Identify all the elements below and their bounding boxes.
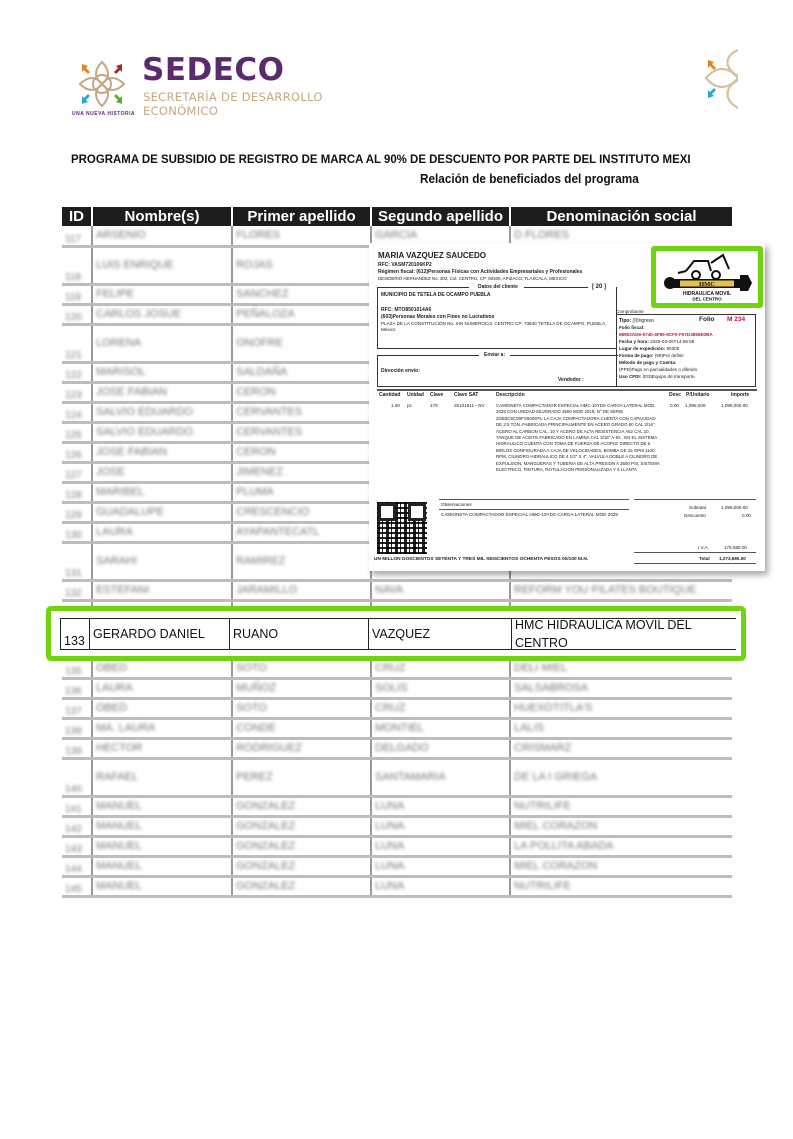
issuer-rfc-value: VASM720106KP2 — [391, 262, 432, 268]
row-nombre: FELIPE — [92, 284, 232, 304]
brand-name: SEDECO — [142, 52, 285, 88]
row-primer-apellido: MUÑOZ — [232, 678, 371, 698]
client-rfc-label: RFC: — [381, 307, 393, 313]
row-primer-apellido: RAMIREZ — [232, 542, 371, 580]
row-primer-apellido: JIMENEZ — [232, 462, 371, 482]
column-header-segundo-apellido: Segundo apellido — [371, 207, 510, 226]
row-id: 129 — [62, 502, 92, 522]
table-row: 140RAFAELPEREZSANTAMARIADE LA I GRIEGA — [62, 758, 732, 796]
client-name: MUNICIPIO DE TETELA DE OCAMPO PUEBLA — [381, 292, 491, 298]
invoice-issuer-regimen: Régimen fiscal: (612)Personas Físicas co… — [378, 269, 582, 275]
row-nombre: GUADALUPE — [92, 502, 232, 522]
row-primer-apellido: ONOFRE — [232, 324, 371, 362]
row-segundo-apellido: LUNA — [371, 876, 510, 896]
table-row: 136LAURAMUÑOZSOLISSALSABROSA — [62, 678, 732, 698]
row-id: 128 — [62, 482, 92, 502]
table-row: 141MANUELGONZALEZLUNANUTRILIFE — [62, 796, 732, 816]
row-nombre: MA. LAURA — [92, 718, 232, 738]
row-id: 131 — [62, 542, 92, 580]
row-primer-apellido: SALDAÑA — [232, 362, 371, 382]
table-row: 132ESTEFANIJARAMILLONAVAREFORM YOU PILAT… — [62, 580, 732, 600]
row-nombre: MARISOL — [92, 362, 232, 382]
tipo-value: (I)Ingreso — [633, 318, 654, 324]
table-row: 133 GERARDO DANIEL RUANO VAZQUEZ HMC HID… — [60, 618, 736, 650]
row-primer-apellido: CERVANTES — [232, 422, 371, 442]
table-row: 142MANUELGONZALEZLUNAMIEL CORAZON — [62, 816, 732, 836]
column-header-id: ID — [62, 207, 92, 226]
subtotal-label: Subtotal — [689, 505, 706, 510]
row-nombre: SARAHI — [92, 542, 232, 580]
forma-pago-line: Forma de pago: (99)Por definir — [619, 353, 684, 358]
row-id: 144 — [62, 856, 92, 876]
row-id: 140 — [62, 758, 92, 796]
row-denominacion-social: MIEL CORAZON — [510, 856, 732, 876]
row-nombre: GERARDO DANIEL — [90, 619, 230, 649]
row-primer-apellido: RODRIGUEZ — [232, 738, 371, 758]
table-row: 145MANUELGONZALEZLUNANUTRILIFE — [62, 876, 732, 896]
row-nombre: ESTEFANI — [92, 580, 232, 600]
items-header-desc: Desc — [669, 392, 681, 398]
client-number: [ 20 ] — [592, 284, 606, 290]
row-segundo-apellido: CRUZ — [371, 698, 510, 718]
column-header-denominacion-social: Denominación social — [510, 207, 732, 226]
document-subtitle: Relación de beneficiados del programa — [420, 172, 639, 186]
row-id: 145 — [62, 876, 92, 896]
ship-to-box: Enviar a: Dirección envío: Vendedor : — [377, 355, 617, 387]
iva-value: 175,680.00 — [724, 545, 747, 550]
row-primer-apellido: SOTO — [232, 658, 371, 678]
row-nombre: ARSENIO — [92, 226, 232, 246]
client-data-box: Datos del cliente [ 20 ] MUNICIPIO DE TE… — [377, 287, 617, 349]
client-rfc: RFC: MTO8501014A6 — [381, 307, 431, 313]
items-header-clave: Clave — [430, 392, 443, 398]
item-clave: 179 — [430, 403, 438, 408]
row-denominacion-social: HUEXOTITLA'S — [510, 698, 732, 718]
row-segundo-apellido: LUNA — [371, 856, 510, 876]
row-id: 124 — [62, 402, 92, 422]
highlighted-beneficiary-row: 133 GERARDO DANIEL RUANO VAZQUEZ HMC HID… — [46, 606, 746, 661]
row-segundo-apellido: LUNA — [371, 816, 510, 836]
row-primer-apellido: JARAMILLO — [232, 580, 371, 600]
client-regimen: (603)Personas Morales con Fines no Lucra… — [381, 314, 494, 320]
row-denominacion-social: LA POLLITA ABADA — [510, 836, 732, 856]
fecha-line: Fecha y hora: 2025-03-05T14:56:58 — [619, 339, 694, 344]
row-id: 125 — [62, 422, 92, 442]
row-denominacion-social: DELI MIEL — [510, 658, 732, 678]
table-header-row: ID Nombre(s) Primer apellido Segundo ape… — [62, 207, 732, 226]
items-header-importe: Importe — [731, 392, 749, 398]
descuento-value: 0.00 — [742, 513, 751, 518]
uso-value: (I03)Equipo de transporte. — [642, 374, 695, 379]
fecha-label: Fecha y hora: — [619, 339, 649, 344]
issuer-rfc-label: RFC: — [378, 262, 390, 268]
row-nombre: LAURA — [92, 522, 232, 542]
item-importe: 1,098,000.00 — [721, 403, 748, 408]
table-row: 138MA. LAURACONDEMONTIELLALIS — [62, 718, 732, 738]
row-segundo-apellido: MONTIEL — [371, 718, 510, 738]
invoice-issuer-rfc: RFC: VASM720106KP2 — [378, 262, 432, 268]
items-header-descripcion: Descripción — [496, 392, 525, 398]
row-nombre: RAFAEL — [92, 758, 232, 796]
item-cantidad: 1.00 — [391, 403, 400, 408]
row-primer-apellido: PEREZ — [232, 758, 371, 796]
row-nombre: LAURA — [92, 678, 232, 698]
row-id: 130 — [62, 522, 92, 542]
row-denominacion-social: NUTRILIFE — [510, 876, 732, 896]
row-denominacion-social: NUTRILIFE — [510, 796, 732, 816]
table-row: 137OBEDSOTOCRUZHUEXOTITLA'S — [62, 698, 732, 718]
client-address: PLAZA DE LA CONSTITUCION No. SIN NUMEROC… — [381, 321, 615, 333]
row-id: 136 — [62, 678, 92, 698]
table-row: 144MANUELGONZALEZLUNAMIEL CORAZON — [62, 856, 732, 876]
row-id: 119 — [62, 284, 92, 304]
row-primer-apellido: PEÑALOZA — [232, 304, 371, 324]
row-nombre: MANUEL — [92, 836, 232, 856]
item-clave-sat: 25101611 - NV — [454, 403, 485, 408]
row-id: 118 — [62, 246, 92, 284]
total-value: 1,273,680.00 — [719, 556, 746, 561]
forma-pago-value: (99)Por definir — [655, 353, 684, 358]
row-id: 132 — [62, 580, 92, 600]
row-primer-apellido: SANCHEZ — [232, 284, 371, 304]
item-unidad: pz — [407, 403, 412, 408]
items-header-unidad: Unidad — [407, 392, 424, 398]
metodo-label: Método de pago y Cuenta: — [619, 360, 676, 365]
row-nombre: MANUEL — [92, 856, 232, 876]
observaciones-label: Observaciones — [441, 502, 472, 507]
lugar-label: Lugar de expedición: — [619, 346, 665, 351]
flower-emblem-partial-icon — [702, 46, 738, 112]
row-primer-apellido: GONZALEZ — [232, 876, 371, 896]
row-id: 143 — [62, 836, 92, 856]
items-header-cantidad: Cantidad — [379, 392, 400, 398]
brand-subtitle-line1: SECRETARÍA DE DESARROLLO — [143, 90, 323, 104]
row-primer-apellido: CRESCENCIO — [232, 502, 371, 522]
row-nombre: OBED — [92, 698, 232, 718]
row-segundo-apellido: LUNA — [371, 836, 510, 856]
row-id: 127 — [62, 462, 92, 482]
items-header-clave-sat: Clave SAT — [454, 392, 478, 398]
row-nombre: JOSE FABIAN — [92, 442, 232, 462]
row-segundo-apellido: LUNA — [371, 796, 510, 816]
column-header-primer-apellido: Primer apellido — [232, 207, 371, 226]
uso-line: Uso CFDI: (I03)Equipo de transporte. — [619, 374, 696, 379]
observaciones-value: CAMIONETA COMPACTADOR ESPECIAL HMC-10YDS… — [441, 512, 618, 517]
row-id: 133 — [60, 619, 90, 649]
row-nombre: MANUEL — [92, 876, 232, 896]
forma-pago-label: Forma de pago: — [619, 353, 653, 358]
folio-label: Folio — [699, 316, 715, 323]
row-denominacion-social: REFORM YOU PILATES BOUTIQUE — [510, 580, 732, 600]
row-primer-apellido: PLUMA — [232, 482, 371, 502]
iva-label: I.V.A. — [698, 545, 709, 550]
item-desc: 0.00 — [670, 403, 679, 408]
column-header-nombre: Nombre(s) — [92, 207, 232, 226]
row-primer-apellido: SOTO — [232, 698, 371, 718]
row-segundo-apellido: SOLIS — [371, 678, 510, 698]
lugar-line: Lugar de expedición: 90300 — [619, 346, 679, 351]
row-nombre: SALVIO EDUARDO — [92, 402, 232, 422]
row-segundo-apellido: NAVA — [371, 580, 510, 600]
row-denominacion-social: HMC HIDRAULICA MOVIL DEL CENTRO — [512, 619, 734, 649]
invoice-issuer-address: DESIDERIO HERNANDEZ No. 302, Col. CENTRO… — [378, 276, 567, 281]
row-nombre: JOSE FABIAN — [92, 382, 232, 402]
flower-emblem-icon — [74, 56, 130, 112]
row-nombre: MARIBEL — [92, 482, 232, 502]
row-segundo-apellido: CRUZ — [371, 658, 510, 678]
row-primer-apellido: CERON — [232, 442, 371, 462]
table-row: 143MANUELGONZALEZLUNALA POLLITA ABADA — [62, 836, 732, 856]
row-nombre: MANUEL — [92, 796, 232, 816]
folio-value: M 234 — [727, 316, 745, 323]
row-id: 138 — [62, 718, 92, 738]
row-nombre: CARLOS JOSUE — [92, 304, 232, 324]
row-primer-apellido: GONZALEZ — [232, 816, 371, 836]
metodo-value: (PPD)Pago en parcialidades o diferido — [619, 367, 697, 372]
row-id: 141 — [62, 796, 92, 816]
row-primer-apellido: CERON — [232, 382, 371, 402]
comprobante-box: Tipo: (I)Ingreso Folio M 234 Folio fisca… — [616, 314, 756, 387]
lugar-value: 90300 — [666, 346, 679, 351]
row-id: 139 — [62, 738, 92, 758]
row-id: 122 — [62, 362, 92, 382]
row-primer-apellido: CONDE — [232, 718, 371, 738]
invoice-image: MARIA VAZQUEZ SAUCEDO RFC: VASM720106KP2… — [369, 243, 765, 571]
ship-address-label: Dirección envío: — [381, 368, 420, 374]
row-denominacion-social: MIEL CORAZON — [510, 816, 732, 836]
table-row: 139HECTORRODRIGUEZDELGADOCRISMARZ — [62, 738, 732, 758]
hmc-company-logo: HMC HIDRAULICA MOVIL DEL CENTRO — [651, 246, 763, 308]
table-row: 135OBEDSOTOCRUZDELI MIEL — [62, 658, 732, 678]
row-id: 142 — [62, 816, 92, 836]
row-nombre: JOSE — [92, 462, 232, 482]
tipo-line: Tipo: (I)Ingreso — [619, 318, 654, 324]
uso-label: Uso CFDI: — [619, 374, 641, 379]
row-denominacion-social: SALSABROSA — [510, 678, 732, 698]
invoice-issuer-name: MARIA VAZQUEZ SAUCEDO — [378, 251, 486, 260]
row-nombre: LUIS ENRIQUE — [92, 246, 232, 284]
fecha-value: 2025-03-05T14:56:58 — [650, 339, 694, 344]
seller-label: Vendedor : — [558, 377, 584, 383]
items-header-punitario: P/Unitario — [686, 392, 710, 398]
row-segundo-apellido: VAZQUEZ — [369, 619, 512, 649]
row-primer-apellido: GONZALEZ — [232, 856, 371, 876]
row-primer-apellido: GONZALEZ — [232, 796, 371, 816]
row-primer-apellido: FLORES — [232, 226, 371, 246]
row-primer-apellido: ROJAS — [232, 246, 371, 284]
descuento-label: Descuento — [684, 513, 706, 518]
item-descripcion: CAMIONETA COMPACTADOR ESPECIAL HMC-10YDS… — [496, 403, 661, 473]
row-nombre: LORENA — [92, 324, 232, 362]
row-nombre: HECTOR — [92, 738, 232, 758]
svg-text:DEL CENTRO: DEL CENTRO — [692, 297, 722, 302]
row-id: 126 — [62, 442, 92, 462]
folio-fiscal-label: Folio fiscal: — [619, 325, 645, 330]
row-id: 137 — [62, 698, 92, 718]
row-primer-apellido: AYAPANTECATL — [232, 522, 371, 542]
total-in-words: UN MILLON DOSCIENTOS SETENTA Y TRES MIL … — [374, 557, 588, 562]
subtotal-value: 1,098,000.00 — [721, 505, 748, 510]
row-segundo-apellido: DELGADO — [371, 738, 510, 758]
row-id: 123 — [62, 382, 92, 402]
row-nombre: OBED — [92, 658, 232, 678]
row-id: 120 — [62, 304, 92, 324]
row-denominacion-social: LALIS — [510, 718, 732, 738]
row-id: 135 — [62, 658, 92, 678]
total-label: Total — [699, 556, 710, 561]
brand-subtitle-line2: ECONÓMICO — [143, 104, 323, 118]
row-id: 121 — [62, 324, 92, 362]
regimen-value: (612)Personas Físicas con Actividades Em… — [416, 269, 582, 275]
row-id: 117 — [62, 226, 92, 246]
row-denominacion-social: DE LA I GRIEGA — [510, 758, 732, 796]
item-punitario: 1,098,000. — [685, 403, 707, 408]
ship-label: Enviar a: — [484, 352, 505, 358]
folio-fiscal-value: 88902AD9-5740-4F99-9CF0-F07D3865E0BA — [619, 332, 713, 337]
row-nombre: SALVIO EDUARDO — [92, 422, 232, 442]
svg-text:HMC: HMC — [699, 281, 715, 288]
tagline: UNA NUEVA HISTORIA — [72, 111, 135, 117]
regimen-label: Régimen fiscal: — [378, 269, 415, 275]
sedeco-logo: UNA NUEVA HISTORIA SEDECO SECRETARÍA DE … — [74, 56, 324, 120]
row-primer-apellido: GONZALEZ — [232, 836, 371, 856]
row-primer-apellido: RUANO — [230, 619, 369, 649]
brand-subtitle: SECRETARÍA DE DESARROLLO ECONÓMICO — [143, 90, 323, 118]
row-denominacion-social: CRISMARZ — [510, 738, 732, 758]
row-primer-apellido: CERVANTES — [232, 402, 371, 422]
client-rfc-value: MTO8501014A6 — [394, 307, 431, 313]
document-title: PROGRAMA DE SUBSIDIO DE REGISTRO DE MARC… — [71, 152, 691, 166]
tipo-label: Tipo: — [619, 318, 631, 324]
row-nombre: MANUEL — [92, 816, 232, 836]
row-segundo-apellido: SANTAMARIA — [371, 758, 510, 796]
qr-code-icon — [377, 502, 427, 554]
client-section-label: Datos del cliente — [478, 284, 518, 290]
backhoe-wrench-icon: HMC HIDRAULICA MOVIL DEL CENTRO — [656, 251, 758, 303]
